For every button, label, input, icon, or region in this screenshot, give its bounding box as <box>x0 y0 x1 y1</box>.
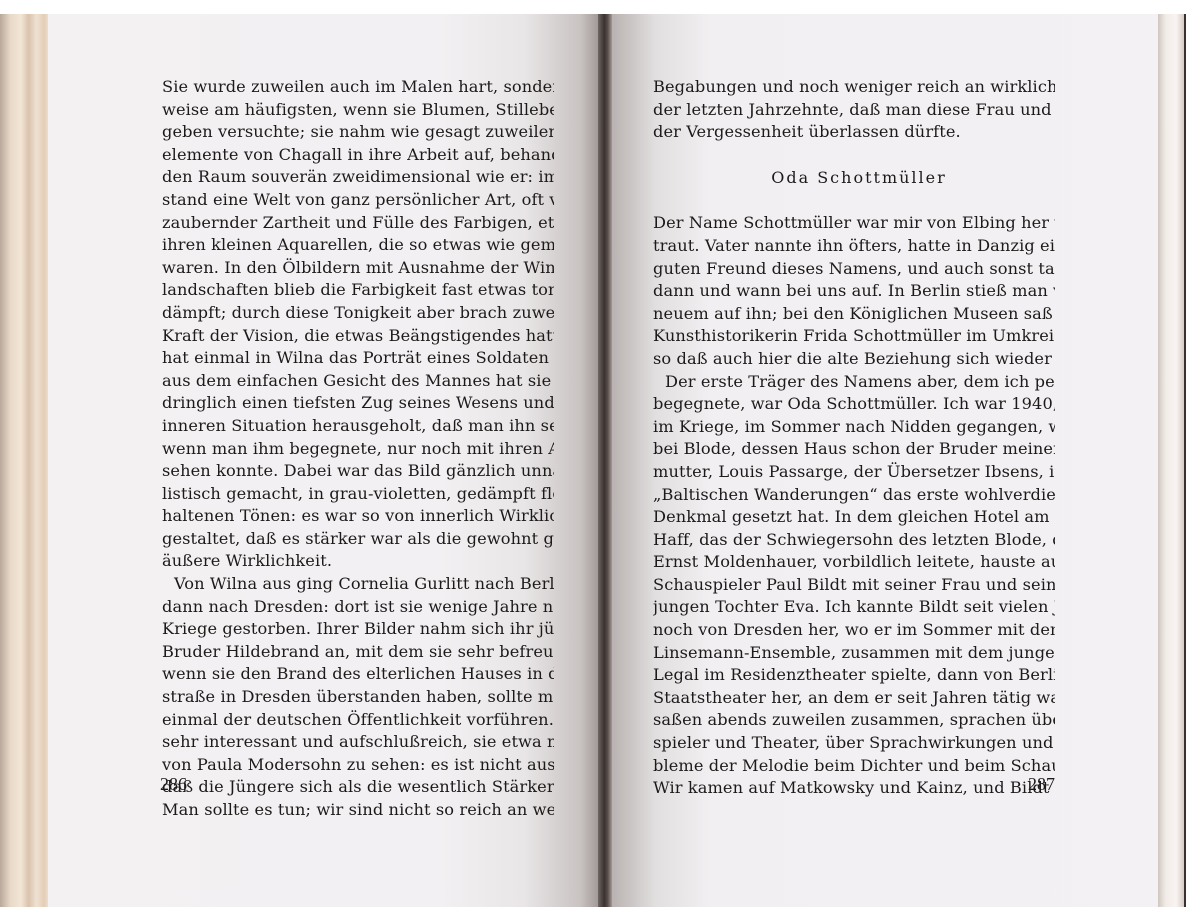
text-line: sehen konnte. Dabei war das Bild gänzlic… <box>162 460 554 483</box>
text-line: äußere Wirklichkeit. <box>162 550 554 573</box>
text-line: traut. Vater nannte ihn öfters, hatte in… <box>653 235 1055 258</box>
text-line: dann nach Dresden: dort ist sie wenige J… <box>162 596 554 619</box>
text-line: Haff, das der Schwiegersohn des letzten … <box>653 529 1055 552</box>
text-line: Man sollte es tun; wir sind nicht so rei… <box>162 799 554 822</box>
text-line: waren. In den Ölbildern mit Ausnahme der… <box>162 257 554 280</box>
text-line: gestaltet, daß es stärker war als die ge… <box>162 528 554 551</box>
text-line: bei Blode, dessen Haus schon der Bruder … <box>653 438 1055 461</box>
text-line: dann und wann bei uns auf. In Berlin sti… <box>653 280 1055 303</box>
text-line: Schauspieler Paul Bildt mit seiner Frau … <box>653 574 1055 597</box>
text-line: hat einmal in Wilna das Porträt eines So… <box>162 347 554 370</box>
text-line: Der Name Schottmüller war mir von Elbing… <box>653 212 1055 235</box>
text-line: jungen Tochter Eva. Ich kannte Bildt sei… <box>653 596 1055 619</box>
text-line: so daß auch hier die alte Beziehung sich… <box>653 348 1055 371</box>
text-line: Begabungen und noch weniger reich an wir… <box>653 76 1055 99</box>
text-line: Staatstheater her, an dem er seit Jahren… <box>653 687 1055 710</box>
text-line: der letzten Jahrzehnte, daß man diese Fr… <box>653 99 1055 122</box>
text-line: wenn man ihm begegnete, nur noch mit ihr… <box>162 438 554 461</box>
page-edges-left <box>0 14 52 907</box>
text-line: dämpft; durch diese Tonigkeit aber brach… <box>162 302 554 325</box>
text-line: mutter, Louis Passarge, der Übersetzer I… <box>653 461 1055 484</box>
text-line: Bruder Hildebrand an, mit dem sie sehr b… <box>162 641 554 664</box>
text-line: landschaften blieb die Farbigkeit fast e… <box>162 279 554 302</box>
text-line: der Vergessenheit überlassen dürfte. <box>653 121 1055 144</box>
text-line: inneren Situation herausgeholt, daß man … <box>162 415 554 438</box>
text-line: elemente von Chagall in ihre Arbeit auf,… <box>162 144 554 167</box>
text-line: Kraft der Vision, die etwas Beängstigend… <box>162 325 554 348</box>
page-number-left: 286 <box>160 774 187 795</box>
text-line: Wir kamen auf Matkowsky und Kainz, und B… <box>653 777 1055 800</box>
section-heading: Oda Schottmüller <box>653 167 1055 190</box>
page-edges-right <box>1158 14 1186 907</box>
text-line: Kriege gestorben. Ihrer Bilder nahm sich… <box>162 618 554 641</box>
text-line: noch von Dresden her, wo er im Sommer mi… <box>653 619 1055 642</box>
text-line: den Raum souverän zweidimensional wie er… <box>162 166 554 189</box>
text-line: geben versuchte; sie nahm wie gesagt zuw… <box>162 121 554 144</box>
text-line: ihren kleinen Aquarellen, die so etwas w… <box>162 234 554 257</box>
right-page-text: Begabungen und noch weniger reich an wir… <box>653 76 1055 800</box>
text-line: von Paula Modersohn zu sehen: es ist nic… <box>162 754 554 777</box>
text-line: „Baltischen Wanderungen“ das erste wohlv… <box>653 484 1055 507</box>
text-line: bleme der Melodie beim Dichter und beim … <box>653 755 1055 778</box>
text-line: guten Freund dieses Namens, und auch son… <box>653 258 1055 281</box>
text-line: Linsemann-Ensemble, zusammen mit dem jun… <box>653 642 1055 665</box>
text-line: daß die Jüngere sich als die wesentlich … <box>162 776 554 799</box>
text-line: aus dem einfachen Gesicht des Mannes hat… <box>162 370 554 393</box>
left-page-text: Sie wurde zuweilen auch im Malen hart, s… <box>162 76 554 822</box>
text-line: Ernst Moldenhauer, vorbildlich leitete, … <box>653 551 1055 574</box>
text-line: wenn sie den Brand des elterlichen Hause… <box>162 663 554 686</box>
text-line: straße in Dresden überstanden haben, sol… <box>162 686 554 709</box>
paragraph-start-line: Der erste Träger des Namens aber, dem ic… <box>653 371 1055 394</box>
text-line: Denkmal gesetzt hat. In dem gleichen Hot… <box>653 506 1055 529</box>
text-line: saßen abends zuweilen zusammen, sprachen… <box>653 709 1055 732</box>
text-line: begegnete, war Oda Schottmüller. Ich war… <box>653 393 1055 416</box>
text-line: im Kriege, im Sommer nach Nidden gegange… <box>653 416 1055 439</box>
text-line: dringlich einen tiefsten Zug seines Wese… <box>162 392 554 415</box>
text-line: Sie wurde zuweilen auch im Malen hart, s… <box>162 76 554 99</box>
text-line: sehr interessant und aufschlußreich, sie… <box>162 731 554 754</box>
text-line: Kunsthistorikerin Frida Schottmüller im … <box>653 325 1055 348</box>
text-line: weise am häufigsten, wenn sie Blumen, St… <box>162 99 554 122</box>
page-number-right: 287 <box>1028 774 1055 795</box>
text-line: Legal im Residenztheater spielte, dann v… <box>653 664 1055 687</box>
text-line: einmal der deutschen Öffentlichkeit vorf… <box>162 709 554 732</box>
paragraph-start-line: Von Wilna aus ging Cornelia Gurlitt nach… <box>162 573 554 596</box>
text-line: zaubernder Zartheit und Fülle des Farbig… <box>162 212 554 235</box>
text-line: haltenen Tönen: es war so von innerlich … <box>162 505 554 528</box>
text-line: neuem auf ihn; bei den Königlichen Musee… <box>653 303 1055 326</box>
book-gutter <box>598 14 612 907</box>
text-line: listisch gemacht, in grau-violetten, ged… <box>162 483 554 506</box>
text-line: spieler und Theater, über Sprachwirkunge… <box>653 732 1055 755</box>
text-line: stand eine Welt von ganz persönlicher Ar… <box>162 189 554 212</box>
